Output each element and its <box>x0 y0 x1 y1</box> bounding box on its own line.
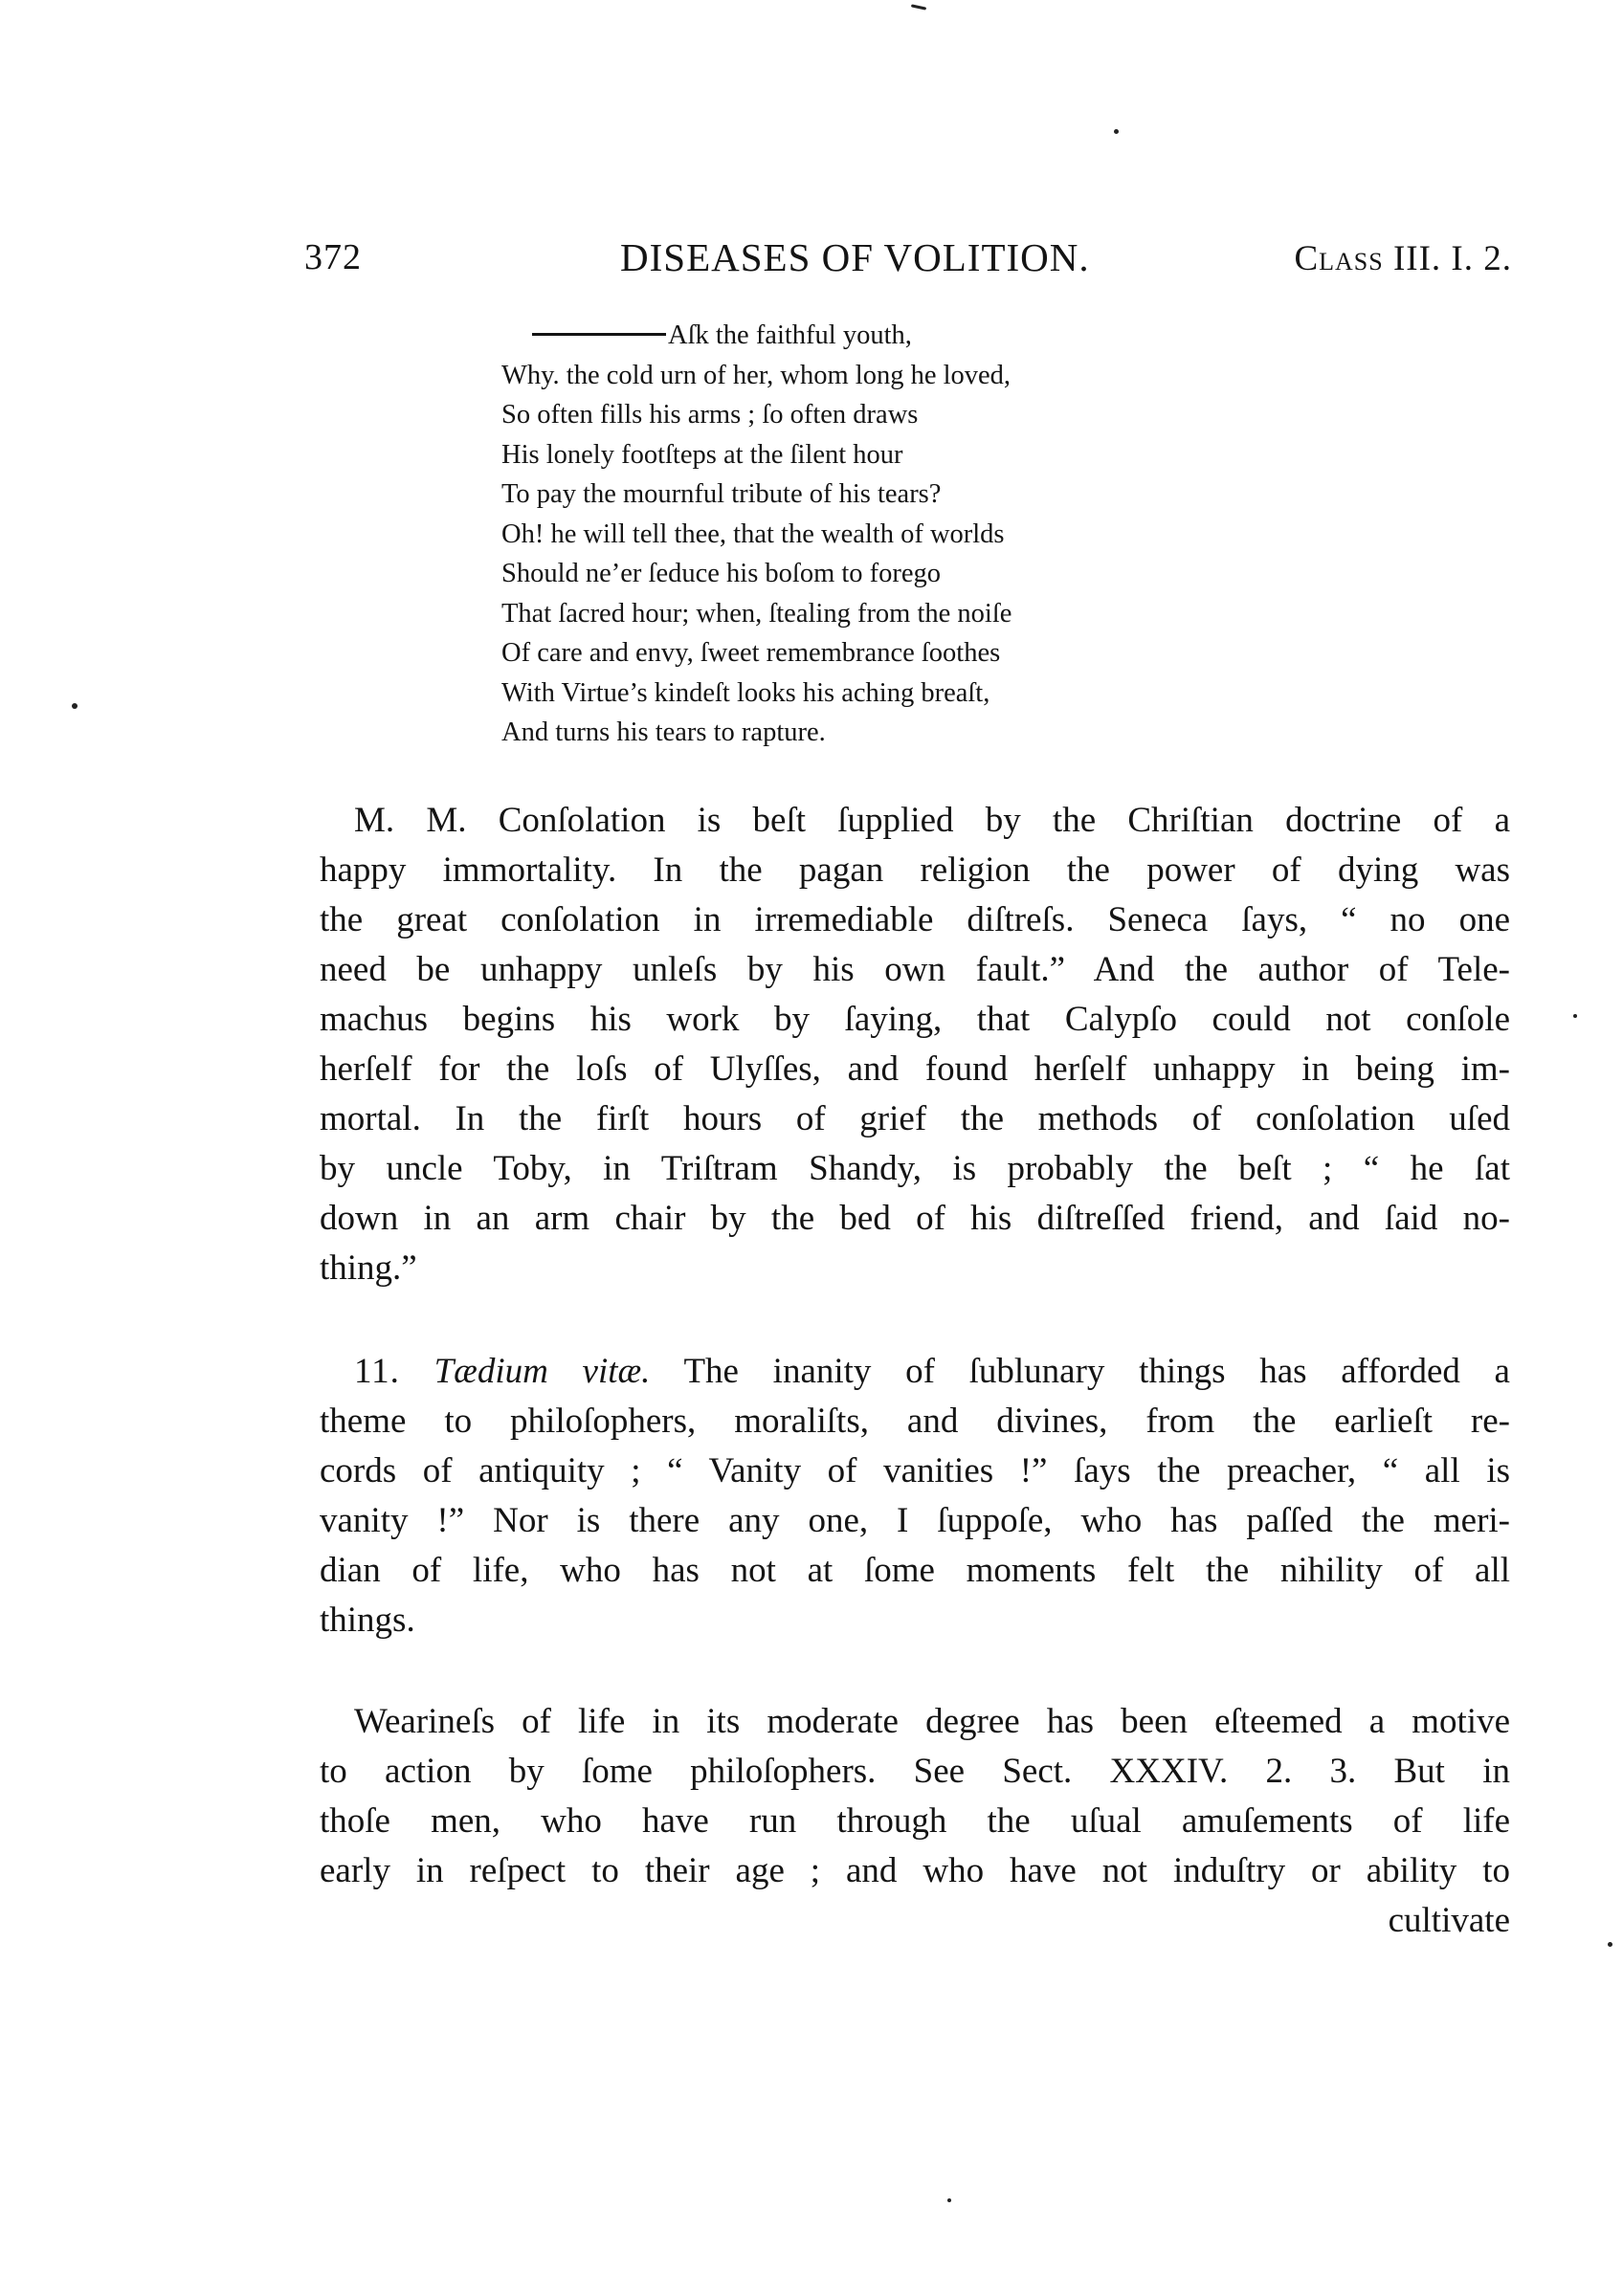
verse-line: And turns his tears to rapture. <box>501 713 1229 753</box>
running-header: 372 DISEASES OF VOLITION. Class III. I. … <box>304 234 1512 292</box>
section-number: 11. <box>354 1352 400 1391</box>
verse-line: Of care and envy, ſweet remembrance ſoot… <box>501 633 1229 673</box>
verse-line: That ſacred hour; when, ſtealing from th… <box>501 594 1229 634</box>
verse-line: Should ne’er ſeduce his boſom to forego <box>501 554 1229 594</box>
class-ref-numbers: III. I. 2. <box>1384 239 1512 278</box>
text-line: machus begins his work by ſaying, that C… <box>320 995 1510 1045</box>
text-line: thing.” <box>320 1244 1510 1293</box>
text-line: to action by ſome philoſophers. See Sect… <box>320 1747 1510 1797</box>
text-line: Wearineſs of life in its moderate degree… <box>320 1697 1510 1747</box>
book-page: 372 DISEASES OF VOLITION. Class III. I. … <box>0 0 1623 2296</box>
text-line: early in reſpect to their age ; and who … <box>320 1846 1510 1896</box>
text-line: things. <box>320 1596 1510 1645</box>
text-line: down in an arm chair by the bed of his d… <box>320 1194 1510 1244</box>
class-ref-prefix: Class <box>1294 239 1383 278</box>
verse-line: So often fills his arms ; ſo often draws <box>501 395 1229 435</box>
text-line: dian of life, who has not at ſome moment… <box>320 1546 1510 1596</box>
running-title: DISEASES OF VOLITION. <box>620 234 1090 280</box>
verse-line: With Virtue’s kindeſt looks his aching b… <box>501 673 1229 714</box>
text-line: herſelf for the loſs of Ulyſſes, and fou… <box>320 1045 1510 1094</box>
text-line: theme to philoſophers, moraliſts, and di… <box>320 1397 1510 1446</box>
scan-speck <box>1114 129 1119 134</box>
text-line: cords of antiquity ; “ Vanity of vanitie… <box>320 1446 1510 1496</box>
class-reference: Class III. I. 2. <box>1294 238 1512 279</box>
text-line: M. M. Conſolation is beſt ſupplied by th… <box>320 796 1510 846</box>
verse-line: Aſk the faithful youth, <box>501 316 1229 356</box>
text-line: mortal. In the firſt hours of grief the … <box>320 1094 1510 1144</box>
scan-speck <box>911 4 926 10</box>
scan-speck <box>947 2198 951 2202</box>
section-title: Tædium vitæ. <box>434 1352 651 1391</box>
paragraph-consolation: M. M. Conſolation is beſt ſupplied by th… <box>320 796 1510 1293</box>
text-line: the great conſolation in irremediable di… <box>320 895 1510 945</box>
verse-line: Oh! he will tell thee, that the wealth o… <box>501 515 1229 555</box>
scan-speck <box>1573 1014 1577 1018</box>
paragraph-taedium-vitae: 11. Tædium vitæ. The inanity of ſublunar… <box>320 1347 1510 1645</box>
verse-line: Why. the cold urn of her, whom long he l… <box>501 356 1229 396</box>
verse-line: To pay the mournful tribute of his tears… <box>501 475 1229 515</box>
text-line: vanity !” Nor is there any one, I ſuppoſ… <box>320 1496 1510 1546</box>
text-line: happy immortality. In the pagan religion… <box>320 846 1510 895</box>
verse-quotation: Aſk the faithful youth, Why. the cold ur… <box>501 316 1229 753</box>
text-line: thoſe men, who have run through the uſua… <box>320 1797 1510 1846</box>
scan-speck <box>72 703 78 709</box>
text-line: 11. Tædium vitæ. The inanity of ſublunar… <box>320 1347 1510 1397</box>
scan-speck <box>1608 1942 1612 1947</box>
page-number: 372 <box>304 236 362 278</box>
catchword: cultivate <box>320 1896 1510 1946</box>
paragraph-weariness: Wearineſs of life in its moderate degree… <box>320 1697 1510 1946</box>
text-line: need be unhappy unleſs by his own fault.… <box>320 945 1510 995</box>
text-line: by uncle Toby, in Triſtram Shandy, is pr… <box>320 1144 1510 1194</box>
verse-line: His lonely footſteps at the ſilent hour <box>501 435 1229 475</box>
em-dash-rule <box>532 333 666 336</box>
